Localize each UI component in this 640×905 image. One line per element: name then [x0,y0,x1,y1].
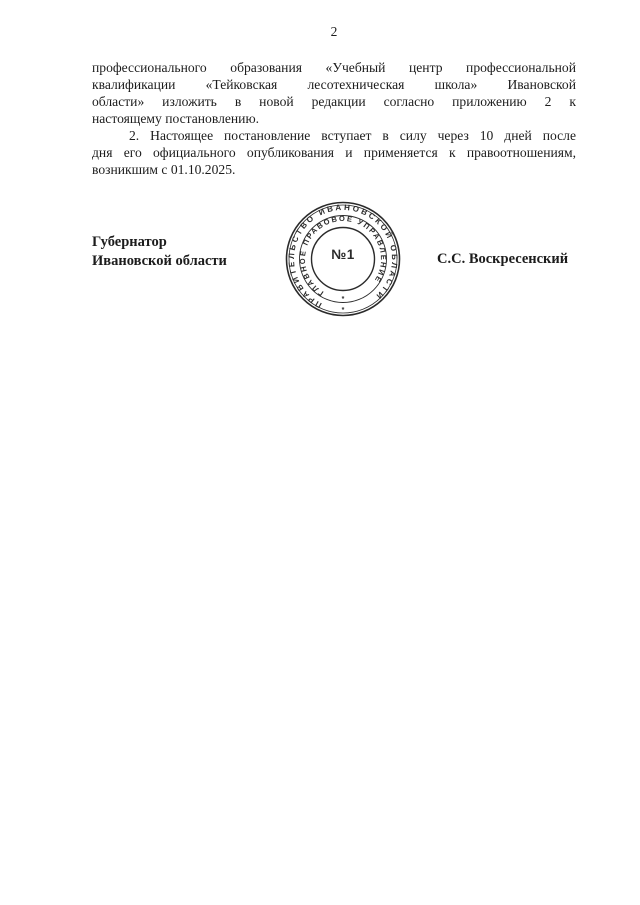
paragraph2-line: дня его официального опубликования и при… [92,144,576,161]
document-page: 2 профессионального образования «Учебный… [0,0,640,905]
stamp-center-number: №1 [331,247,355,262]
paragraph1-line: области» изложить в новой редакции согла… [92,93,576,110]
stamp-inner-separator-star: * [342,296,345,303]
paragraph1-line: квалификации «Тейковская лесотехническая… [92,76,576,93]
body-text: профессионального образования «Учебный ц… [92,59,576,178]
paragraph2-line: возникшим с 01.10.2025. [92,161,576,178]
stamp-seal-icon: ПРАВИТЕЛЬСТВО ИВАНОВСКОЙ ОБЛАСТИ ГЛАВНОЕ… [282,198,404,320]
paragraph1-line: профессионального образования «Учебный ц… [92,59,576,76]
official-round-stamp: ПРАВИТЕЛЬСТВО ИВАНОВСКОЙ ОБЛАСТИ ГЛАВНОЕ… [282,198,404,320]
signature-name: С.С. Воскресенский [437,250,568,268]
signature-title-line2: Ивановской области [92,252,227,271]
signature-title-line1: Губернатор [92,233,227,252]
paragraph1-line: настоящему постановлению. [92,110,576,127]
page-number: 2 [92,24,576,40]
stamp-outer-separator-star: * [342,307,345,314]
signature-title: Губернатор Ивановской области [92,233,227,271]
paragraph2-line: 2. Настоящее постановление вступает в си… [92,127,576,144]
